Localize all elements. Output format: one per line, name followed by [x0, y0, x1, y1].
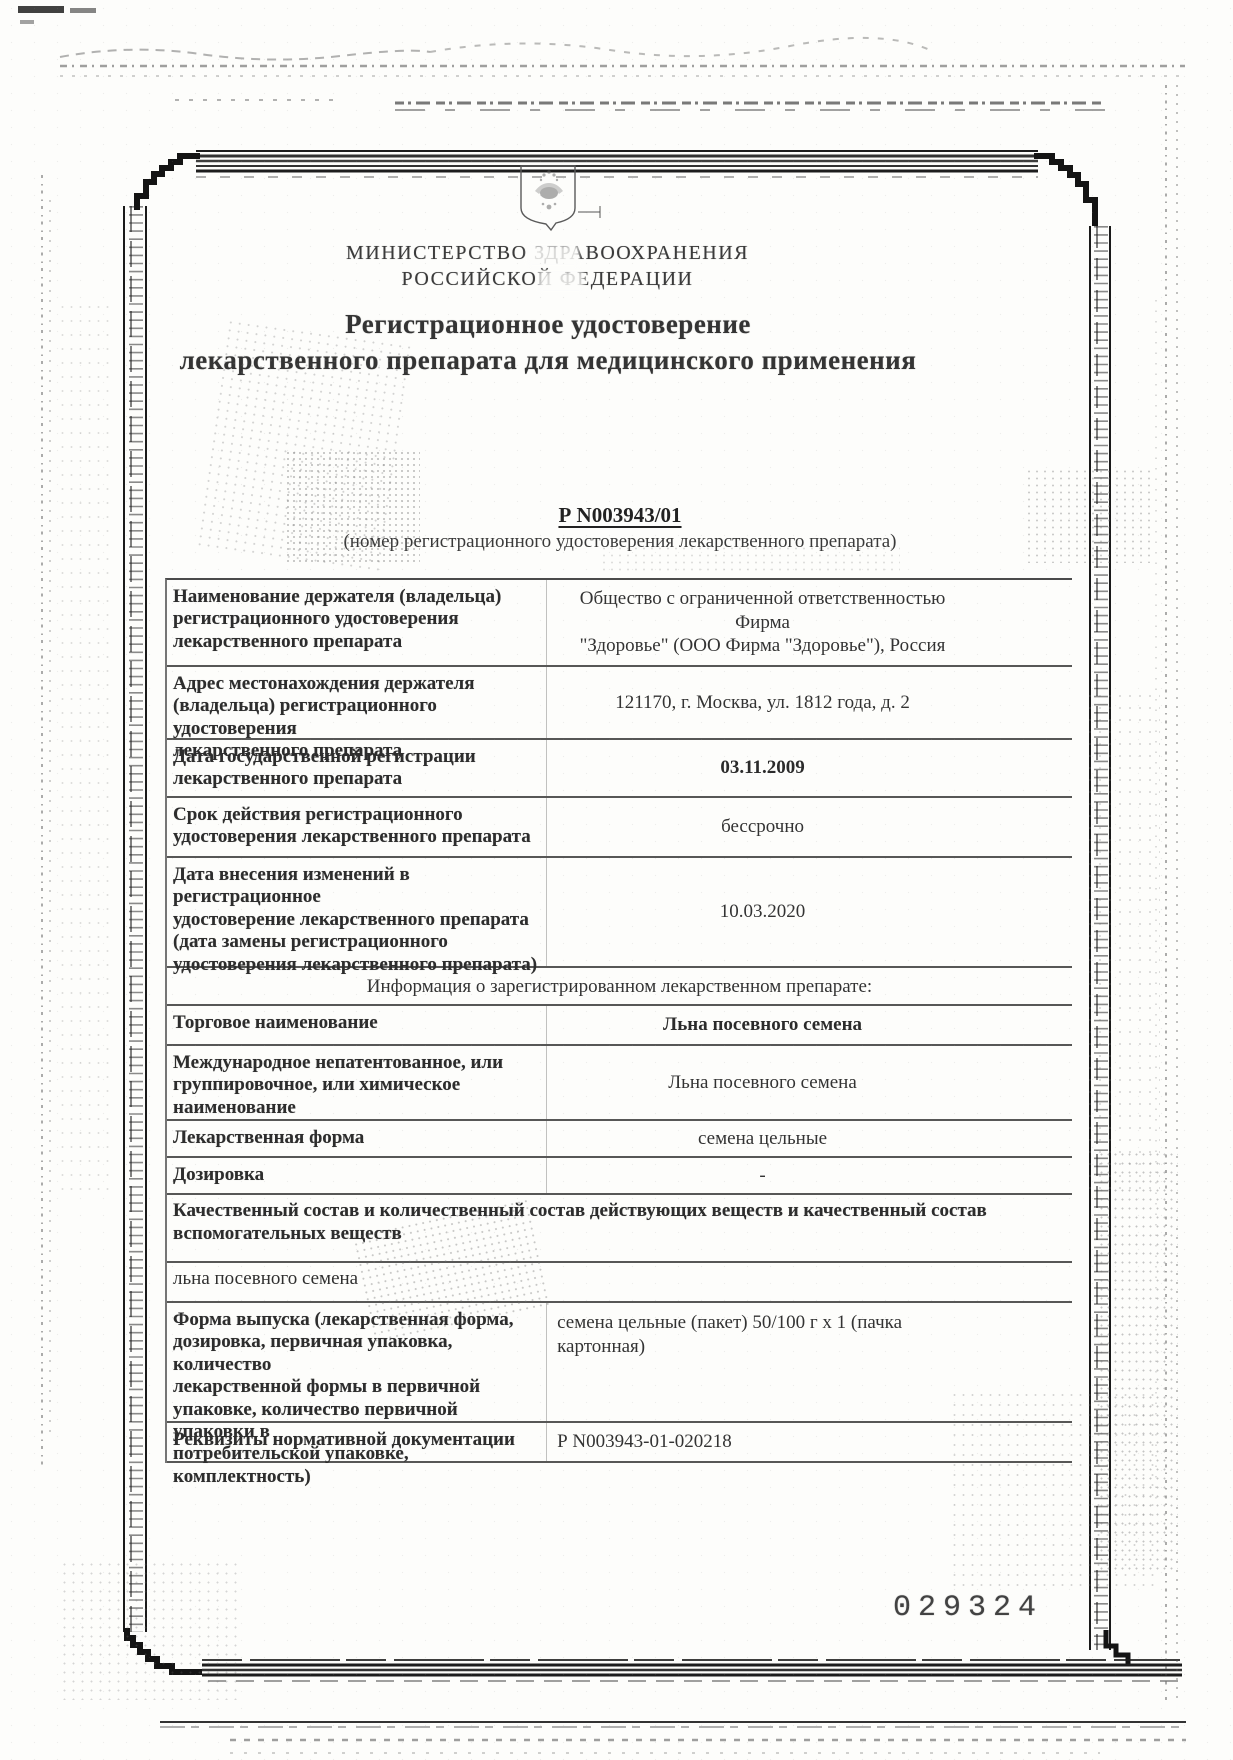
table-row: Наименование держателя (владельца) регис…: [167, 580, 1072, 667]
table-row: Торговое наименование Льна посевного сем…: [167, 1006, 1072, 1046]
table-row: Лекарственная форма семена цельные: [167, 1121, 1072, 1158]
table-row: Дата внесения изменений в регистрационно…: [167, 858, 1072, 968]
field-label: Адрес местонахождения держателя (владель…: [167, 667, 547, 738]
table-row: Дата государственной регистрации лекарст…: [167, 740, 1072, 798]
field-value: Льна посевного семена: [547, 1046, 1072, 1119]
registration-number: Р N003943/01: [0, 503, 1233, 528]
registration-details-table: Наименование держателя (владельца) регис…: [165, 578, 1072, 1463]
table-row: Адрес местонахождения держателя (владель…: [167, 667, 1072, 740]
field-label: Наименование держателя (владельца) регис…: [167, 580, 547, 665]
field-value: -: [547, 1158, 1072, 1193]
scan-noise: [60, 1560, 240, 1700]
coat-of-arms-icon: [517, 163, 581, 235]
field-label: Дата внесения изменений в регистрационно…: [167, 858, 547, 966]
table-row: Дозировка -: [167, 1158, 1072, 1195]
field-value: 03.11.2009: [547, 740, 1072, 796]
scan-noise: [1085, 690, 1160, 1190]
field-label: Срок действия регистрационного удостовер…: [167, 798, 547, 856]
document-title: Регистрационное удостоверение лекарствен…: [0, 306, 1096, 378]
table-row: Реквизиты нормативной документации Р N00…: [167, 1423, 1072, 1463]
field-value: Общество с ограниченной ответственностью…: [547, 580, 1072, 665]
field-value: 121170, г. Москва, ул. 1812 года, д. 2: [547, 667, 1072, 738]
composition-value: льна посевного семена: [167, 1263, 1072, 1303]
registration-number-caption: (номер регистрационного удостоверения ле…: [0, 531, 1233, 553]
field-label: Торговое наименование: [167, 1006, 547, 1044]
field-label: Дозировка: [167, 1158, 547, 1193]
field-label: Международное непатентованное, или групп…: [167, 1046, 547, 1119]
field-value: 10.03.2020: [547, 858, 1072, 966]
field-label: Форма выпуска (лекарственная форма, дози…: [167, 1303, 547, 1421]
field-value: семена цельные (пакет) 50/100 г х 1 (пач…: [547, 1303, 1072, 1421]
scanned-certificate-page: { "colors": { "ink": "#2f2f2f", "paper":…: [0, 0, 1233, 1760]
field-label: Реквизиты нормативной документации: [167, 1423, 547, 1461]
field-label: Лекарственная форма: [167, 1121, 547, 1156]
field-value: бессрочно: [547, 798, 1072, 856]
field-value: семена цельные: [547, 1121, 1072, 1156]
ministry-name: МИНИСТЕРСТВО ЗДРАВООХРАНЕНИЯ РОССИЙСКОЙ …: [0, 240, 1095, 292]
scan-noise: [58, 300, 113, 1200]
scan-noise: [1098, 1150, 1178, 1570]
field-value: Р N003943-01-020218: [547, 1423, 1072, 1461]
table-row: Срок действия регистрационного удостовер…: [167, 798, 1072, 858]
table-row: Форма выпуска (лекарственная форма, дози…: [167, 1303, 1072, 1423]
table-row: Международное непатентованное, или групп…: [167, 1046, 1072, 1121]
field-label: Дата государственной регистрации лекарст…: [167, 740, 547, 796]
serial-number: 029324: [893, 1591, 1043, 1625]
composition-section-header: Качественный состав и количественный сос…: [167, 1195, 1072, 1263]
field-value: Льна посевного семена: [547, 1006, 1072, 1044]
